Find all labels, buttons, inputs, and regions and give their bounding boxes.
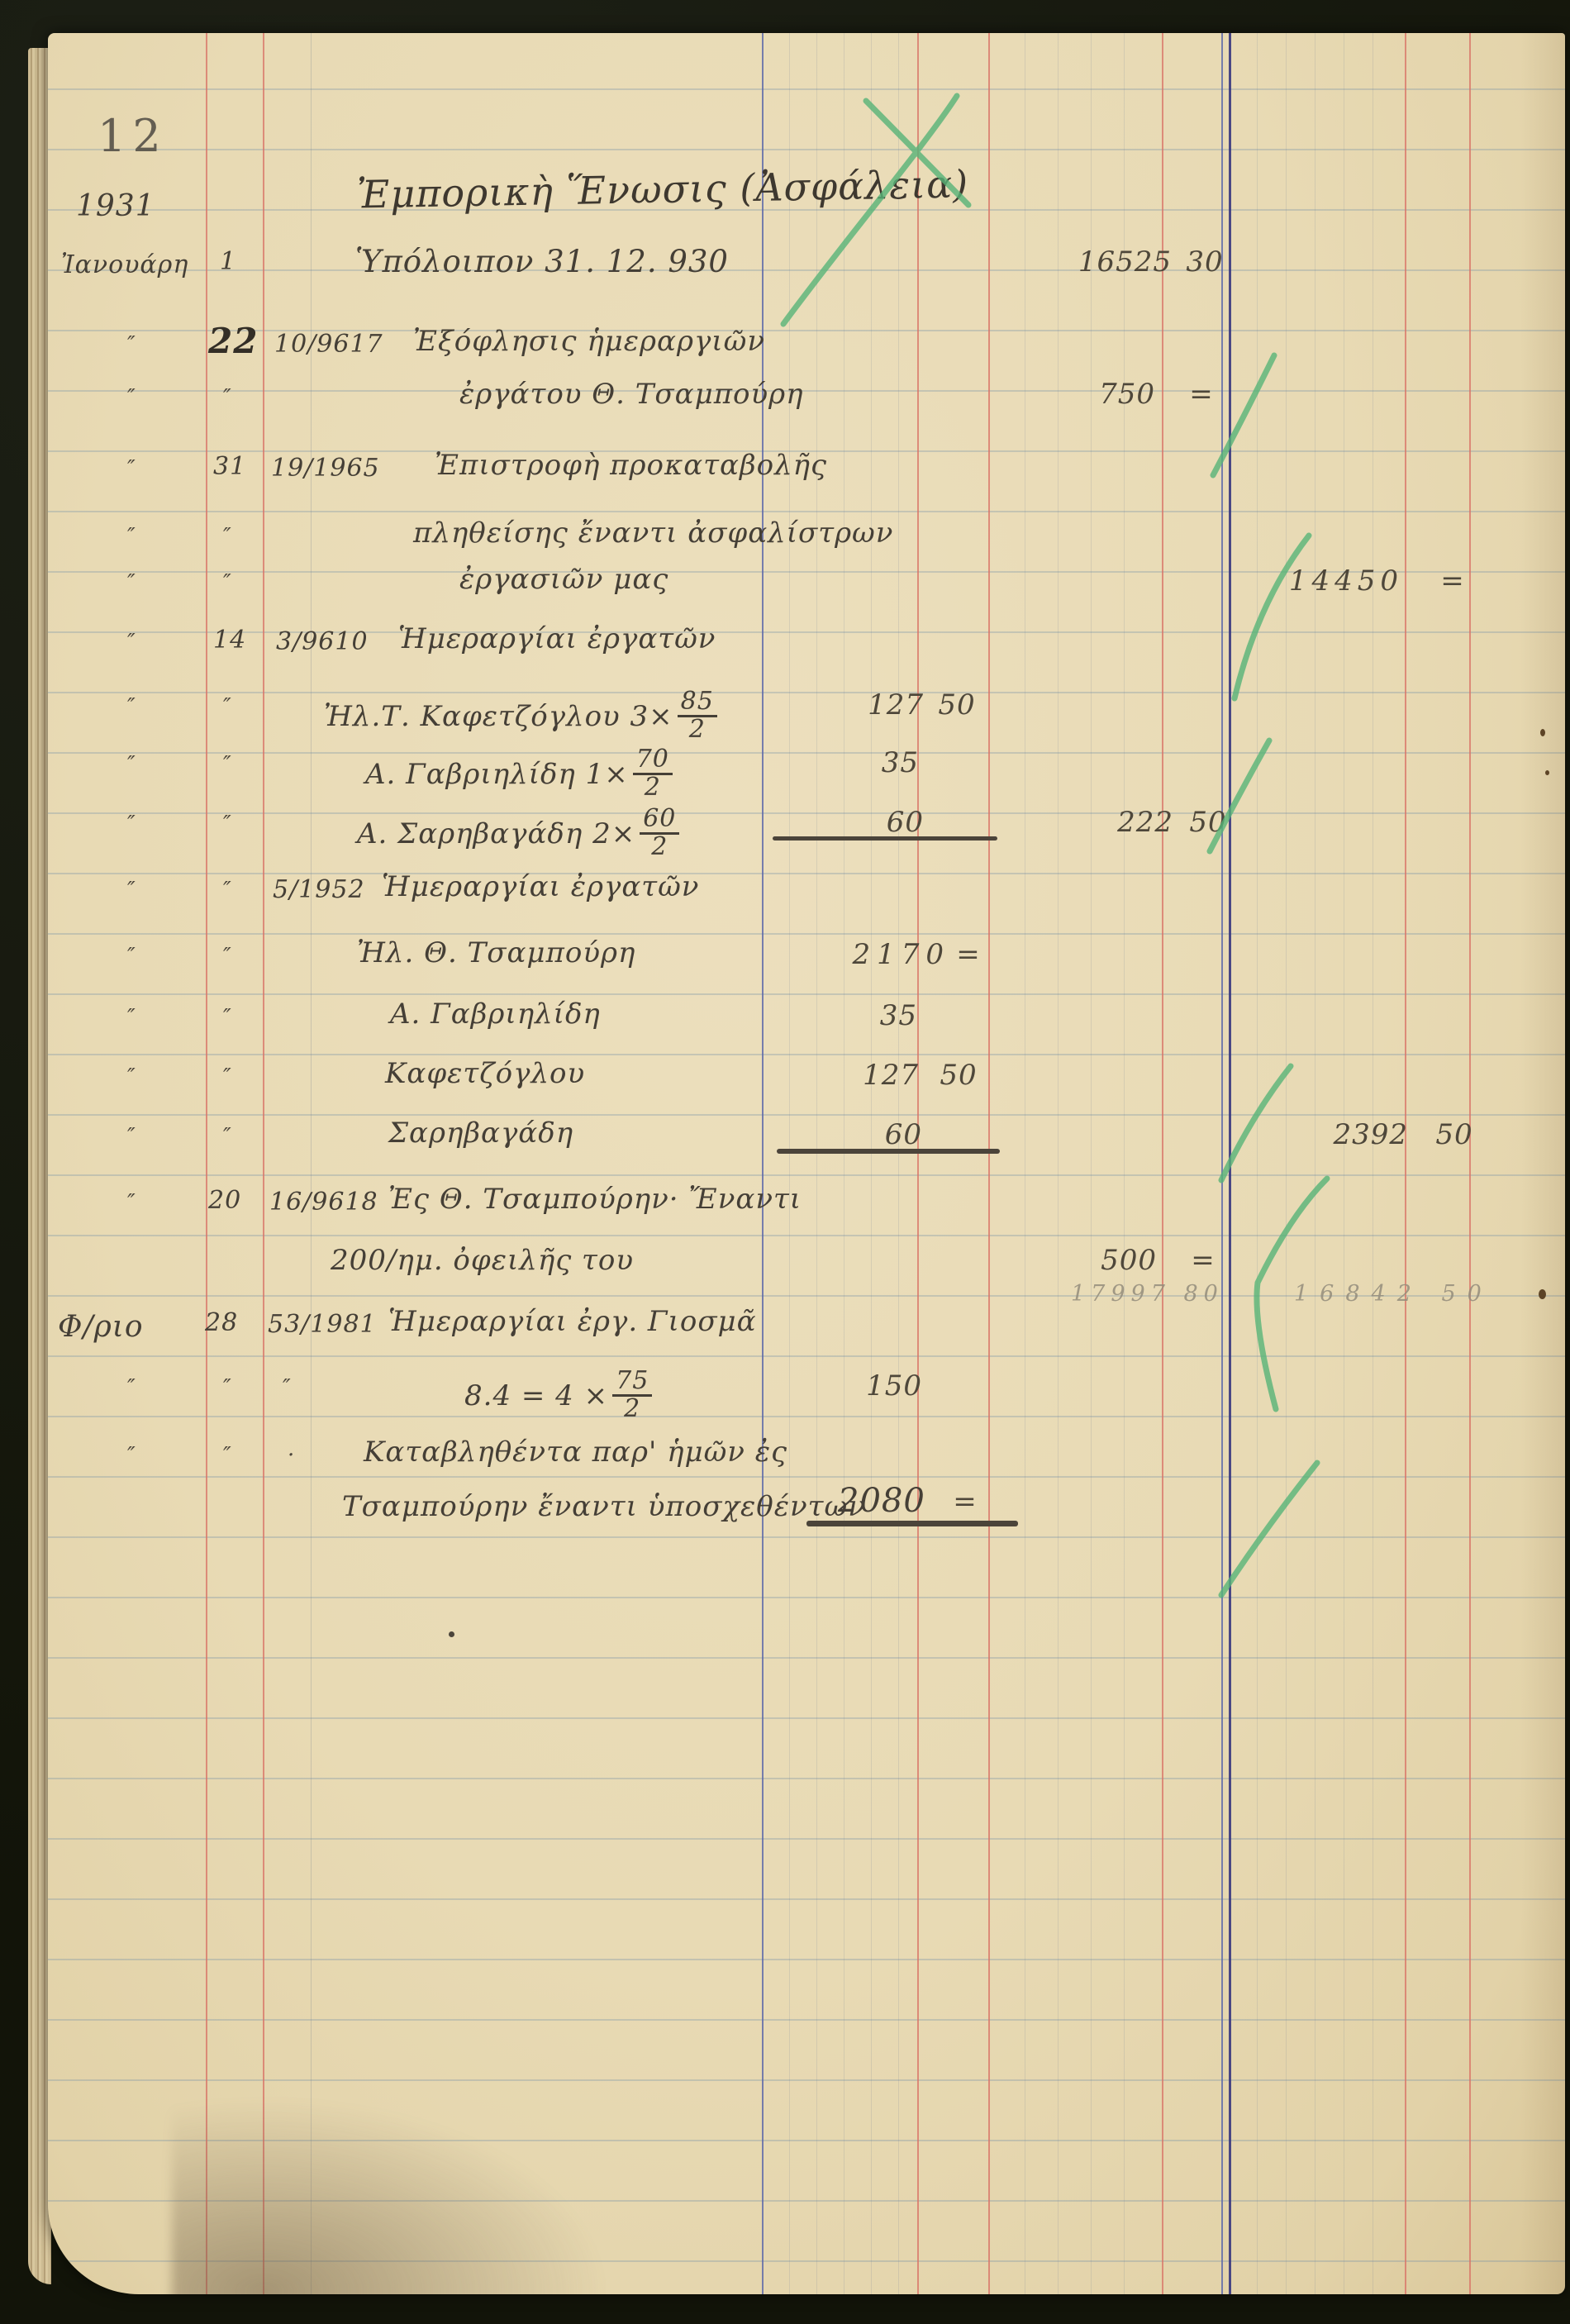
check-mark [1221, 1463, 1317, 1595]
green-check-marks-layer [0, 0, 1570, 2324]
check-mark [1210, 741, 1269, 851]
check-mark [1257, 1179, 1327, 1409]
green-cross-stroke [783, 96, 957, 324]
check-mark [1235, 536, 1309, 698]
scanned-ledger-page: 12 1931 Ἐμπορικὴ Ἕνωσις (Ἀσφάλεια) Ἰανου… [0, 0, 1570, 2324]
check-mark [1221, 1066, 1291, 1180]
check-mark [1213, 355, 1274, 475]
